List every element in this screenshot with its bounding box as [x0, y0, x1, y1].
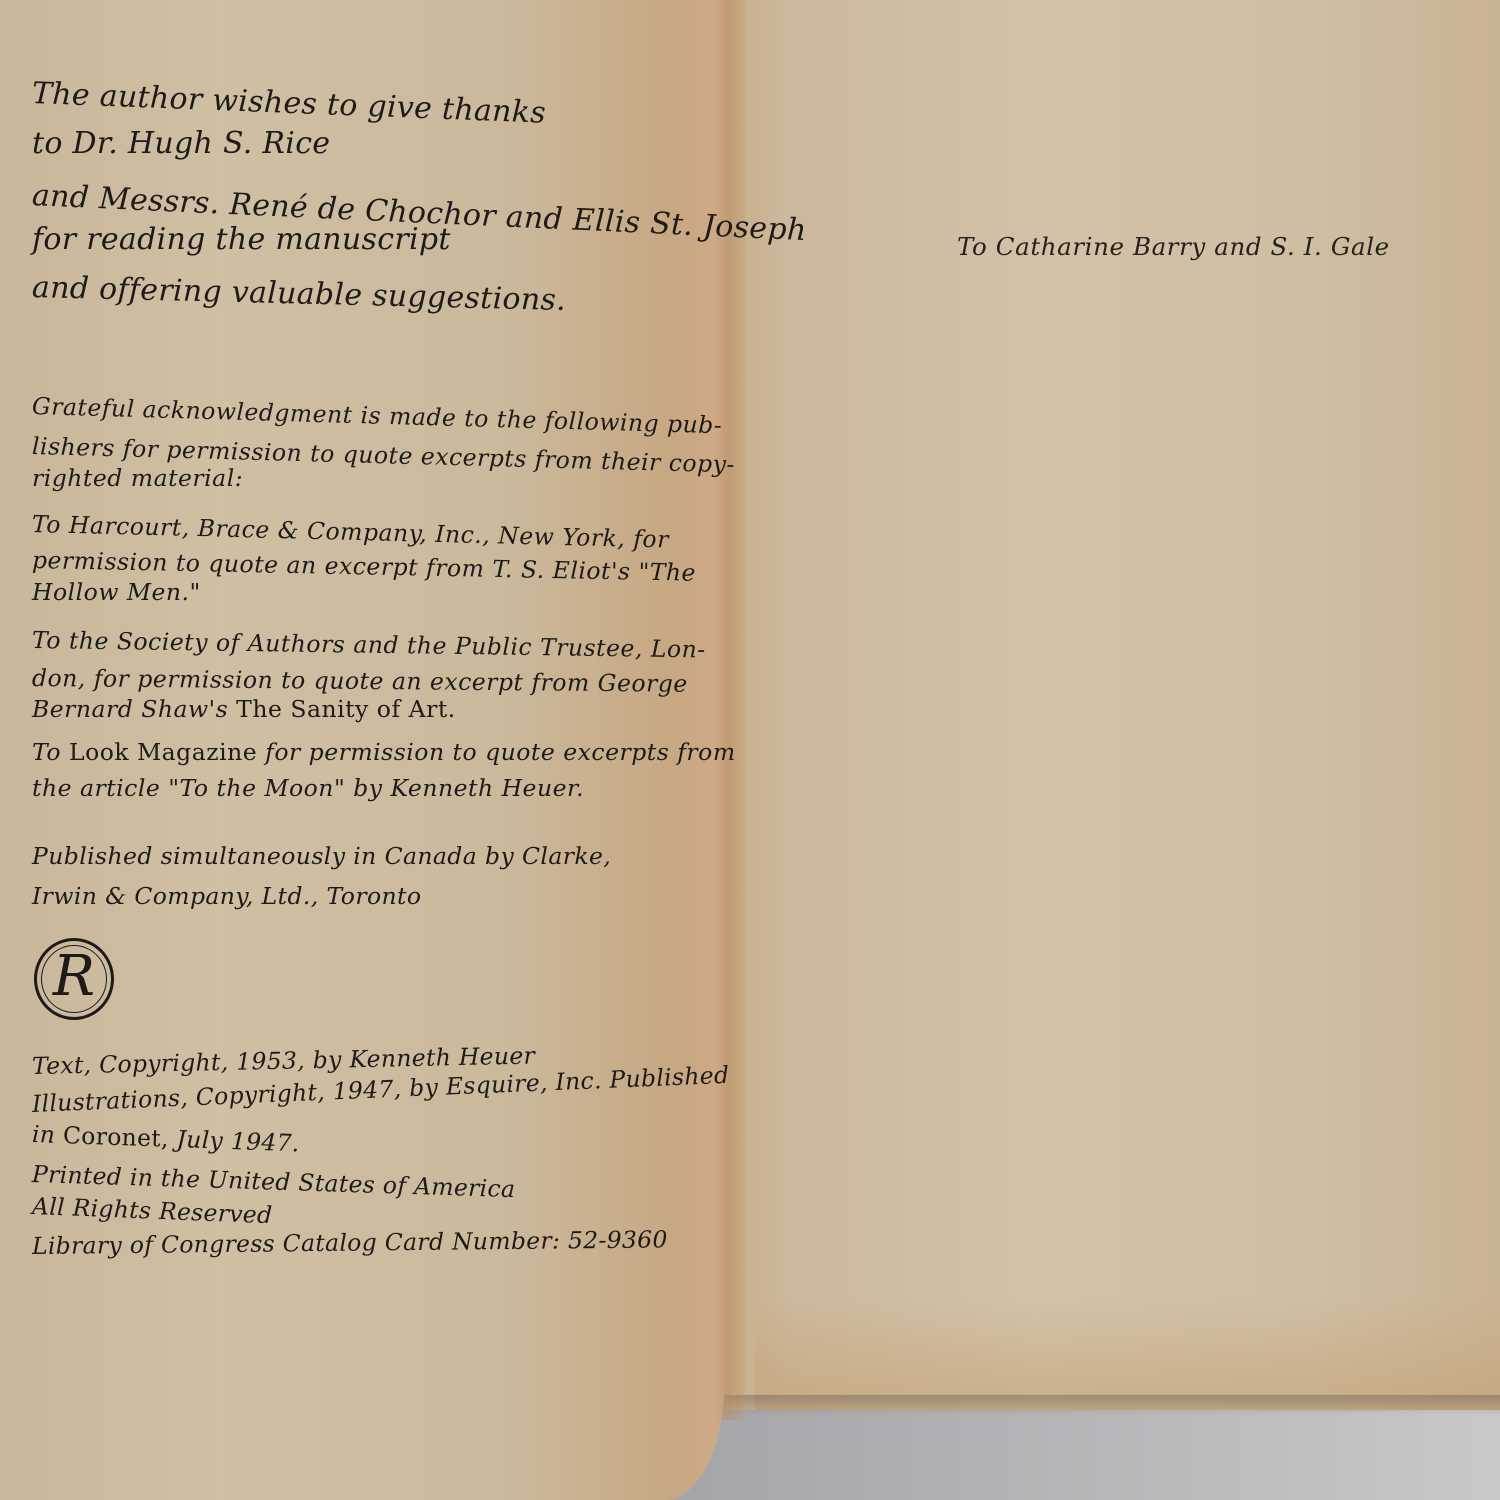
publisher-r-monogram-icon: R — [34, 938, 114, 1020]
page-edge-shadow — [700, 1395, 1500, 1415]
ack-look-rest: for permission to quote excerpts from — [257, 738, 735, 766]
ack-look-line: To Look Magazine for permission to quote… — [32, 738, 736, 766]
ack-intro-line: righted material: — [32, 464, 243, 492]
thanks-line: for reading the manuscript — [32, 222, 451, 257]
dedication: To Catharine Barry and S. I. Gale — [957, 232, 1390, 261]
copyright-date: July 1947. — [168, 1125, 300, 1158]
thanks-line: to Dr. Hugh S. Rice — [32, 126, 330, 161]
ack-harcourt-line: Hollow Men." — [32, 578, 201, 606]
book-spread: The author wishes to give thanks to Dr. … — [0, 0, 1500, 1500]
copyright-in: in — [32, 1120, 64, 1149]
canada-line: Irwin & Company, Ltd., Toronto — [32, 882, 421, 910]
ack-society-line: don, for permission to quote an excerpt … — [32, 664, 688, 698]
ack-look-line: the article "To the Moon" by Kenneth Heu… — [32, 774, 584, 802]
ack-society-line: Bernard Shaw's The Sanity of Art. — [32, 695, 456, 723]
canada-line: Published simultaneously in Canada by Cl… — [32, 842, 611, 870]
ack-look-to: To — [32, 738, 69, 766]
logo-letter: R — [53, 949, 95, 1005]
author-name: Bernard Shaw's — [32, 695, 236, 723]
right-page — [725, 0, 1500, 1410]
right-page-edge-tint — [755, 1300, 1500, 1410]
book-title: The Sanity of Art. — [236, 695, 456, 723]
coronet-title: Coronet, — [63, 1121, 170, 1153]
magazine-name: Look Magazine — [69, 738, 257, 766]
